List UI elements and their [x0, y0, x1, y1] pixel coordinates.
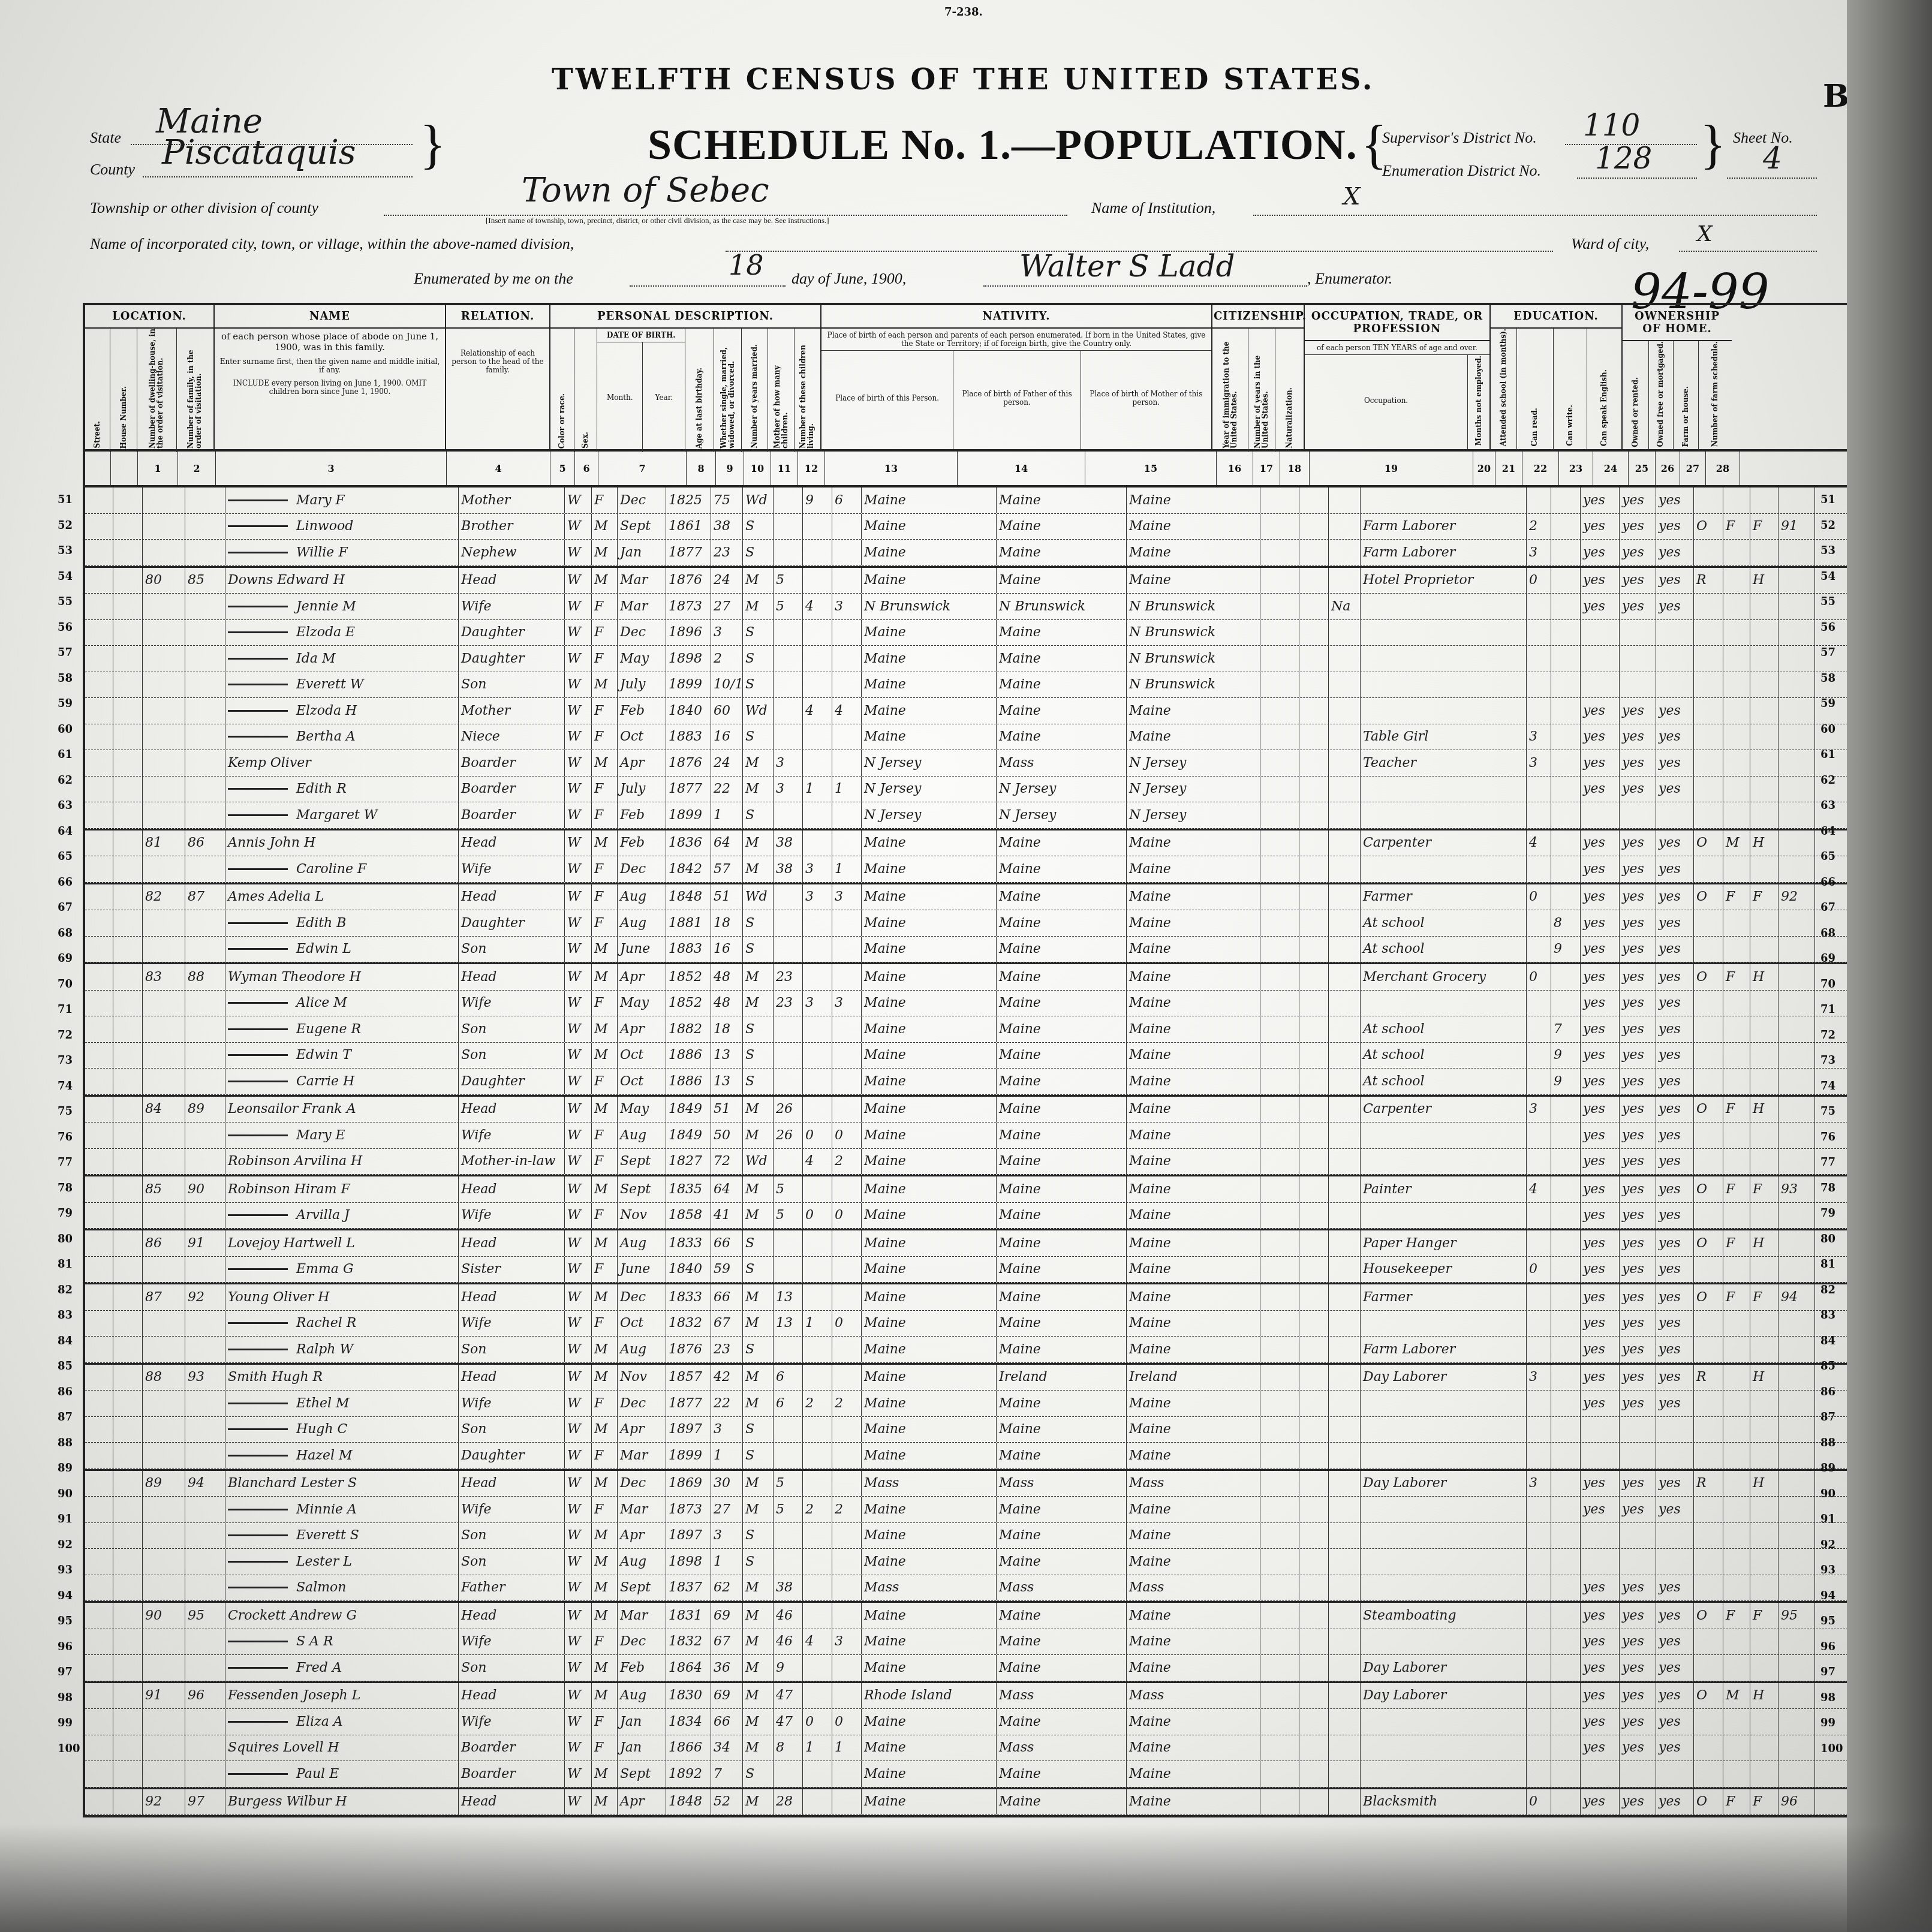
cell-yr: 1830: [666, 1683, 711, 1709]
cell-rel: Boarder: [459, 802, 565, 828]
cell-bp: Maine: [862, 620, 997, 646]
cell-age: 41: [711, 1203, 743, 1229]
cell-bp: Maine: [862, 1043, 997, 1069]
cell-mon: Dec: [618, 856, 666, 882]
cell-race: W: [565, 1203, 592, 1229]
cell-fsch: [1778, 1683, 1815, 1709]
cell-name: Willie F: [225, 540, 459, 565]
cell-nat: [1329, 964, 1361, 990]
cell-yr: 1877: [666, 1391, 711, 1416]
cell-own: [1694, 937, 1723, 962]
cell-mo: [803, 1471, 832, 1497]
cell-mo: [803, 802, 832, 828]
cell-fbp: Maine: [997, 1176, 1127, 1202]
cell-mar: M: [743, 856, 774, 882]
cell-rel: Daughter: [459, 1443, 565, 1468]
cell-house: [113, 1709, 143, 1735]
cell-fam: [185, 1735, 225, 1761]
enumerator-label: , Enumerator.: [1307, 270, 1392, 288]
cell-read: yes: [1581, 1683, 1620, 1709]
cell-mbp: Maine: [1127, 1629, 1260, 1655]
cell-unemp: [1527, 1761, 1551, 1787]
cell-dw: 91: [143, 1683, 185, 1709]
cell-sex: M: [592, 1365, 618, 1391]
cell-eng: yes: [1656, 884, 1694, 910]
cell-mar: M: [743, 568, 774, 594]
table-row: Elzoda EDaughterWFDec18963SMaineMaineN B…: [85, 620, 1848, 646]
cell-nat: [1329, 1069, 1361, 1094]
cell-read: yes: [1581, 1149, 1620, 1175]
cell-house: [113, 1149, 143, 1175]
cell-read: yes: [1581, 1284, 1620, 1310]
cell-name: Edith R: [225, 777, 459, 802]
cell-bp: Maine: [862, 1789, 997, 1815]
cell-mar: S: [743, 724, 774, 750]
cell-fam: [185, 540, 225, 565]
cell-mo: 0: [803, 1709, 832, 1735]
cell-mar: S: [743, 514, 774, 540]
cell-ym: 13: [774, 1311, 803, 1337]
table-row: 8489Leonsailor Frank AHeadWMMay184951M26…: [85, 1095, 1848, 1123]
cell-own: [1694, 1417, 1723, 1443]
cell-house: [113, 802, 143, 828]
cell-yus: [1299, 1149, 1329, 1175]
cell-rel: Wife: [459, 1203, 565, 1229]
cell-age: 16: [711, 937, 743, 962]
line-number: 52: [58, 519, 73, 532]
cell-name: Kemp Oliver: [225, 750, 459, 776]
table-row: 9095Crockett Andrew GHeadWMMar183169M46M…: [85, 1601, 1848, 1629]
cell-sex: F: [592, 620, 618, 646]
cell-mbp: N Brunswick: [1127, 672, 1260, 698]
line-number: 59: [58, 697, 73, 710]
cell-unemp: [1527, 620, 1551, 646]
ward-value: X: [1697, 222, 1713, 246]
cell-mon: Aug: [618, 1230, 666, 1256]
cell-mo: 4: [803, 1629, 832, 1655]
cell-mort: [1723, 672, 1750, 698]
column-number: 11: [771, 452, 798, 485]
cell-bp: Mass: [862, 1471, 997, 1497]
cell-ch: [832, 1603, 862, 1629]
cell-mar: S: [743, 1523, 774, 1549]
line-number: 75: [58, 1105, 73, 1118]
cell-age: 51: [711, 1097, 743, 1123]
cell-ch: [832, 1365, 862, 1391]
cell-farm: [1750, 1549, 1778, 1575]
cell-write: yes: [1620, 724, 1656, 750]
cell-house: [113, 1629, 143, 1655]
cell-mbp: Maine: [1127, 1069, 1260, 1094]
cell-fsch: [1778, 777, 1815, 802]
cell-dw: 86: [143, 1230, 185, 1256]
cell-yus: [1299, 1123, 1329, 1148]
cell-sex: F: [592, 646, 618, 672]
cell-fbp: Maine: [997, 1629, 1127, 1655]
cell-ch: [832, 646, 862, 672]
cell-bp: Maine: [862, 1365, 997, 1391]
cell-age: 64: [711, 1176, 743, 1202]
incorporated-label: Name of incorporated city, town, or vill…: [90, 235, 574, 253]
cell-sex: M: [592, 1789, 618, 1815]
cell-imm: [1260, 1761, 1299, 1787]
cell-occ: [1361, 856, 1527, 882]
cell-unemp: 3: [1527, 724, 1551, 750]
cell-mo: 3: [803, 884, 832, 910]
cell-own: [1694, 1497, 1723, 1522]
cell-yr: 1832: [666, 1629, 711, 1655]
cell-read: [1581, 1549, 1620, 1575]
cell-sex: M: [592, 937, 618, 962]
table-row: Everett WSonWMJuly189910/12SMaineMaineN …: [85, 672, 1848, 699]
table-row: Mary EWifeWFAug184950M2600MaineMaineMain…: [85, 1123, 1848, 1149]
cell-fam: 96: [185, 1683, 225, 1709]
cell-fbp: N Jersey: [997, 777, 1127, 802]
cell-age: 38: [711, 514, 743, 540]
cell-rel: Head: [459, 568, 565, 594]
cell-yr: 1866: [666, 1735, 711, 1761]
cell-bp: N Jersey: [862, 750, 997, 776]
cell-occ: Hotel Proprietor: [1361, 568, 1527, 594]
cell-race: W: [565, 1311, 592, 1337]
cell-sex: M: [592, 1683, 618, 1709]
cell-mo: [803, 1257, 832, 1283]
column-number: 28: [1706, 452, 1740, 485]
cell-farm: [1750, 1523, 1778, 1549]
cell-dw: 88: [143, 1365, 185, 1391]
cell-fam: 90: [185, 1176, 225, 1202]
cell-name: Emma G: [225, 1257, 459, 1283]
cell-mon: Mar: [618, 568, 666, 594]
cell-nat: [1329, 1391, 1361, 1416]
cell-mon: Aug: [618, 1683, 666, 1709]
cell-nat: [1329, 910, 1361, 936]
cell-read: yes: [1581, 1471, 1620, 1497]
cell-fsch: [1778, 991, 1815, 1016]
cell-mort: F: [1723, 884, 1750, 910]
cell-yr: 1848: [666, 884, 711, 910]
cell-sex: M: [592, 1176, 618, 1202]
cell-eng: yes: [1656, 1497, 1694, 1522]
cell-mort: [1723, 856, 1750, 882]
cell-mar: M: [743, 1471, 774, 1497]
cell-name: Margaret W: [225, 802, 459, 828]
cell-fbp: Maine: [997, 1149, 1127, 1175]
form-number: 7-238.: [944, 6, 983, 19]
cell-fsch: [1778, 646, 1815, 672]
cell-mon: June: [618, 1257, 666, 1283]
cell-ym: [774, 1257, 803, 1283]
cell-house: [113, 991, 143, 1016]
cell-imm: [1260, 1311, 1299, 1337]
cell-dw: [143, 698, 185, 724]
line-number: 72: [58, 1029, 73, 1042]
cell-mbp: Maine: [1127, 487, 1260, 513]
cell-mar: Wd: [743, 884, 774, 910]
cell-farm: H: [1750, 964, 1778, 990]
line-number: 75: [1820, 1105, 1835, 1118]
line-number: 82: [1820, 1284, 1835, 1296]
cell-street: [85, 646, 113, 672]
cell-fsch: [1778, 1257, 1815, 1283]
line-number: 80: [1820, 1233, 1835, 1245]
cell-mbp: N Jersey: [1127, 750, 1260, 776]
cell-unemp: [1527, 1016, 1551, 1042]
cell-write: yes: [1620, 1043, 1656, 1069]
cell-ch: [832, 1523, 862, 1549]
cell-unemp: 0: [1527, 1257, 1551, 1283]
cell-yr: 1842: [666, 856, 711, 882]
header-english: Can speak English.: [1600, 369, 1608, 446]
cell-eng: yes: [1656, 1230, 1694, 1256]
cell-mbp: Maine: [1127, 1123, 1260, 1148]
cell-mon: Sept: [618, 1761, 666, 1787]
table-row: Alice MWifeWFMay185248M2333MaineMaineMai…: [85, 991, 1848, 1017]
cell-name: Annis John H: [225, 830, 459, 856]
cell-ym: 3: [774, 777, 803, 802]
cell-mort: [1723, 724, 1750, 750]
cell-imm: [1260, 594, 1299, 619]
cell-street: [85, 802, 113, 828]
cell-yr: 1899: [666, 1443, 711, 1468]
cell-write: yes: [1620, 1257, 1656, 1283]
cell-fbp: Maine: [997, 1417, 1127, 1443]
cell-own: [1694, 487, 1723, 513]
cell-yr: 1840: [666, 1257, 711, 1283]
cell-mo: [803, 672, 832, 698]
cell-mbp: Maine: [1127, 1230, 1260, 1256]
cell-occ: Day Laborer: [1361, 1683, 1527, 1709]
cell-sex: F: [592, 1629, 618, 1655]
cell-rel: Head: [459, 1365, 565, 1391]
cell-house: [113, 964, 143, 990]
cell-yus: [1299, 1284, 1329, 1310]
cell-read: yes: [1581, 1391, 1620, 1416]
cell-bp: Maine: [862, 487, 997, 513]
cell-mo: [803, 1069, 832, 1094]
line-number: 66: [58, 876, 73, 889]
cell-farm: F: [1750, 1284, 1778, 1310]
column-headers: LOCATION. Street. House Number. Number o…: [85, 305, 1848, 452]
cell-mbp: Maine: [1127, 1735, 1260, 1761]
cell-fam: [185, 991, 225, 1016]
cell-imm: [1260, 1655, 1299, 1681]
township-label: Township or other division of county: [90, 199, 318, 217]
cell-ch: 3: [832, 1629, 862, 1655]
cell-mbp: Maine: [1127, 884, 1260, 910]
line-number: 83: [1820, 1309, 1835, 1322]
cell-mar: M: [743, 1735, 774, 1761]
cell-mort: [1723, 777, 1750, 802]
cell-age: 72: [711, 1149, 743, 1175]
cell-unemp: 0: [1527, 884, 1551, 910]
cell-farm: [1750, 1417, 1778, 1443]
cell-fsch: [1778, 568, 1815, 594]
cell-race: W: [565, 514, 592, 540]
table-row: LinwoodBrotherWMSept186138SMaineMaineMai…: [85, 514, 1848, 540]
cell-mo: [803, 1230, 832, 1256]
cell-own: [1694, 1523, 1723, 1549]
column-number: 26: [1656, 452, 1680, 485]
cell-nat: [1329, 1284, 1361, 1310]
cell-write: yes: [1620, 1311, 1656, 1337]
cell-rel: Son: [459, 1043, 565, 1069]
cell-mo: [803, 910, 832, 936]
cell-sch: [1551, 487, 1581, 513]
cell-write: [1620, 1761, 1656, 1787]
cell-age: 3: [711, 1417, 743, 1443]
cell-eng: yes: [1656, 1629, 1694, 1655]
cell-unemp: [1527, 1575, 1551, 1601]
cell-mar: M: [743, 1311, 774, 1337]
cell-fbp: Maine: [997, 1709, 1127, 1735]
cell-race: W: [565, 1337, 592, 1362]
cell-house: [113, 1549, 143, 1575]
cell-name: Crockett Andrew G: [225, 1603, 459, 1629]
cell-own: [1694, 1043, 1723, 1069]
cell-age: 7: [711, 1761, 743, 1787]
cell-ym: 23: [774, 991, 803, 1016]
cell-farm: H: [1750, 1683, 1778, 1709]
cell-yus: [1299, 884, 1329, 910]
line-number: 56: [58, 621, 73, 634]
cell-race: W: [565, 802, 592, 828]
cell-ch: [832, 1043, 862, 1069]
line-number: 76: [1820, 1131, 1835, 1143]
header-year: Year.: [643, 342, 685, 452]
cell-rel: Head: [459, 884, 565, 910]
cell-sex: M: [592, 750, 618, 776]
cell-mon: Dec: [618, 1629, 666, 1655]
cell-unemp: 3: [1527, 1471, 1551, 1497]
cell-dw: [143, 1443, 185, 1468]
cell-write: yes: [1620, 1629, 1656, 1655]
cell-eng: yes: [1656, 487, 1694, 513]
cell-own: [1694, 1311, 1723, 1337]
header-ownership: OWNERSHIP OF HOME.: [1623, 305, 1732, 341]
cell-sex: F: [592, 991, 618, 1016]
cell-sch: [1551, 1549, 1581, 1575]
cell-street: [85, 884, 113, 910]
line-number: 73: [58, 1054, 73, 1067]
county-label: County: [90, 161, 135, 179]
cell-ym: [774, 487, 803, 513]
cell-unemp: [1527, 1709, 1551, 1735]
cell-eng: yes: [1656, 750, 1694, 776]
cell-house: [113, 1683, 143, 1709]
cell-fbp: Maine: [997, 884, 1127, 910]
header-relation: RELATION.: [446, 305, 549, 329]
cell-eng: yes: [1656, 777, 1694, 802]
cell-fsch: [1778, 1417, 1815, 1443]
cell-fbp: Maine: [997, 1069, 1127, 1094]
cell-dw: 92: [143, 1789, 185, 1815]
cell-mo: [803, 1683, 832, 1709]
line-number: 73: [1820, 1054, 1835, 1067]
line-number: 86: [1820, 1386, 1835, 1398]
line-number: 90: [58, 1488, 73, 1500]
cell-farm: [1750, 750, 1778, 776]
cell-nat: [1329, 1761, 1361, 1787]
cell-house: [113, 937, 143, 962]
cell-yr: 1877: [666, 540, 711, 565]
cell-imm: [1260, 1471, 1299, 1497]
line-number: 74: [58, 1080, 73, 1093]
cell-house: [113, 830, 143, 856]
cell-yr: 1833: [666, 1284, 711, 1310]
cell-mar: M: [743, 1655, 774, 1681]
cell-mort: [1723, 540, 1750, 565]
cell-mo: [803, 1575, 832, 1601]
cell-age: 75: [711, 487, 743, 513]
cell-yus: [1299, 1575, 1329, 1601]
cell-sch: [1551, 1097, 1581, 1123]
cell-farm: F: [1750, 1789, 1778, 1815]
cell-mar: M: [743, 1284, 774, 1310]
cell-age: 66: [711, 1284, 743, 1310]
institution-value: X: [1343, 183, 1360, 210]
cell-nat: [1329, 1443, 1361, 1468]
cell-imm: [1260, 750, 1299, 776]
cell-own: [1694, 1257, 1723, 1283]
cell-farm: [1750, 856, 1778, 882]
cell-mbp: Maine: [1127, 1549, 1260, 1575]
cell-mort: [1723, 1497, 1750, 1522]
table-row: 8085Downs Edward HHeadWMMar187624M5Maine…: [85, 566, 1848, 594]
cell-read: [1581, 1417, 1620, 1443]
cell-ym: 5: [774, 1176, 803, 1202]
cell-mort: [1723, 487, 1750, 513]
header-dob: DATE OF BIRTH.: [597, 329, 685, 342]
cell-own: [1694, 777, 1723, 802]
cell-yus: [1299, 1471, 1329, 1497]
cell-ch: [832, 910, 862, 936]
cell-write: [1620, 1443, 1656, 1468]
cell-mon: Apr: [618, 750, 666, 776]
cell-yus: [1299, 1016, 1329, 1042]
cell-fsch: [1778, 1629, 1815, 1655]
cell-bp: Rhode Island: [862, 1683, 997, 1709]
cell-mar: M: [743, 1629, 774, 1655]
cell-rel: Son: [459, 1549, 565, 1575]
cell-rel: Mother: [459, 487, 565, 513]
cell-ch: [832, 937, 862, 962]
cell-nat: [1329, 1629, 1361, 1655]
enumerated-prefix: Enumerated by me on the: [414, 270, 573, 288]
cell-imm: [1260, 1337, 1299, 1362]
cell-occ: [1361, 1523, 1527, 1549]
cell-ym: [774, 937, 803, 962]
cell-name: Robinson Hiram F: [225, 1176, 459, 1202]
cell-eng: yes: [1656, 1683, 1694, 1709]
cell-mort: [1723, 1549, 1750, 1575]
cell-bp: Maine: [862, 646, 997, 672]
cell-dw: 80: [143, 568, 185, 594]
cell-fbp: Maine: [997, 1257, 1127, 1283]
line-number: 51: [1820, 493, 1835, 506]
cell-name: Hazel M: [225, 1443, 459, 1468]
cell-occ: [1361, 1203, 1527, 1229]
cell-yr: 1834: [666, 1709, 711, 1735]
cell-fbp: Maine: [997, 937, 1127, 962]
line-number: 63: [58, 799, 73, 812]
cell-mort: [1723, 1391, 1750, 1416]
cell-sex: F: [592, 1123, 618, 1148]
cell-sch: [1551, 1284, 1581, 1310]
cell-own: [1694, 672, 1723, 698]
cell-imm: [1260, 802, 1299, 828]
line-number: 66: [1820, 876, 1835, 889]
